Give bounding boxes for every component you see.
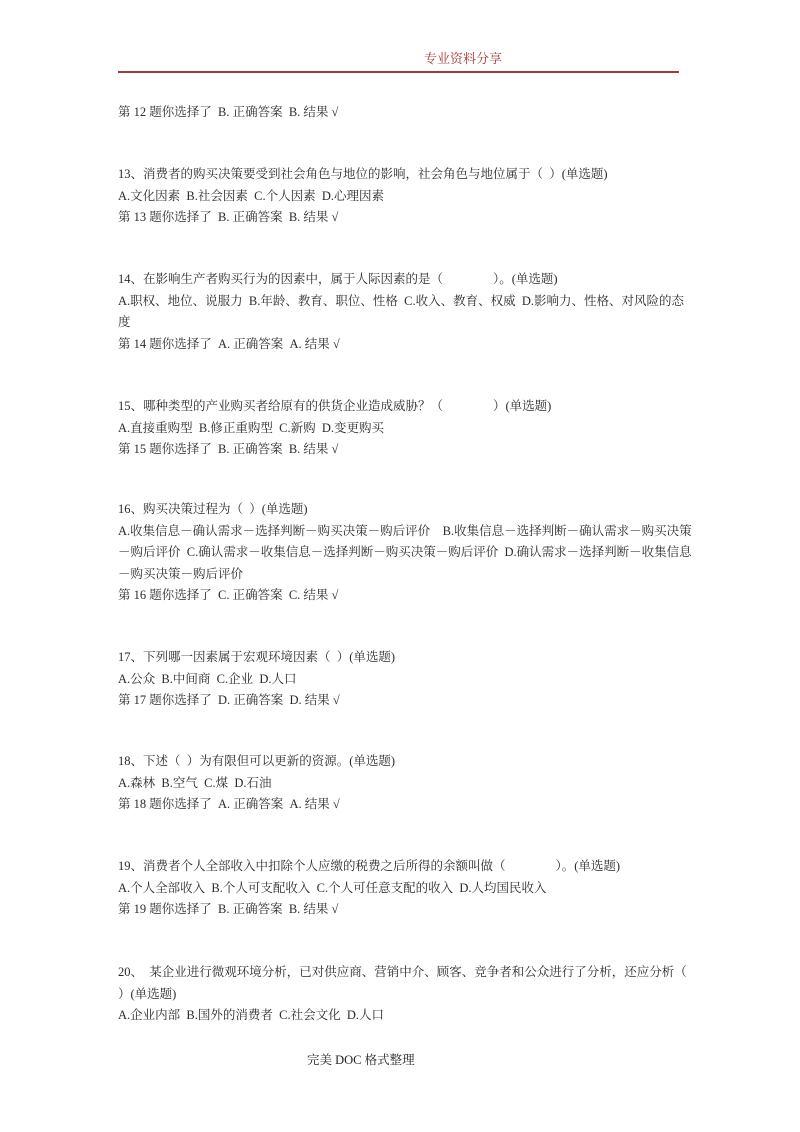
question-block-16: 16、购买决策过程为（ ）(单选题) A.收集信息－确认需求－选择判断－购买决策… <box>118 499 693 607</box>
header-watermark-text: 专业资料分享 <box>424 50 502 68</box>
question-stem: 20、 某企业进行微观环境分析，已对供应商、营销中介、顾客、竞争者和公众进行了分… <box>118 962 693 1005</box>
question-result: 第 18 题你选择了 A. 正确答案 A. 结果 √ <box>118 794 693 816</box>
question-options: A.森林 B.空气 C.煤 D.石油 <box>118 773 693 795</box>
question-block-20: 20、 某企业进行微观环境分析，已对供应商、营销中介、顾客、竞争者和公众进行了分… <box>118 962 693 1027</box>
question-options: A.文化因素 B.社会因素 C.个人因素 D.心理因素 <box>118 186 693 208</box>
question-options: A.直接重购型 B.修正重购型 C.新购 D.变更购买 <box>118 418 693 440</box>
question-stem: 14、在影响生产者购买行为的因素中，属于人际因素的是（ ）。(单选题) <box>118 269 693 291</box>
question-result: 第 17 题你选择了 D. 正确答案 D. 结果 √ <box>118 690 693 712</box>
question-stem: 18、下述（ ）为有限但可以更新的资源。(单选题) <box>118 751 693 773</box>
question-result: 第 19 题你选择了 B. 正确答案 B. 结果 √ <box>118 899 693 921</box>
question-options: A.职权、地位、说服力 B.年龄、教育、职位、性格 C.收入、教育、权威 D.影… <box>118 291 693 334</box>
question-result: 第 15 题你选择了 B. 正确答案 B. 结果 √ <box>118 439 693 461</box>
footer-text: 完美 DOC 格式整理 <box>307 1050 415 1070</box>
question-block-14: 14、在影响生产者购买行为的因素中，属于人际因素的是（ ）。(单选题) A.职权… <box>118 269 693 355</box>
question-block-17: 17、下列哪一因素属于宏观环境因素（ ）(单选题) A.公众 B.中间商 C.企… <box>118 647 693 712</box>
question-block-13: 13、消费者的购买决策要受到社会角色与地位的影响，社会角色与地位属于（ ）(单选… <box>118 164 693 229</box>
question-stem: 19、消费者个人全部收入中扣除个人应缴的税费之后所得的余额叫做（ ）。(单选题) <box>118 856 693 878</box>
question-block-18: 18、下述（ ）为有限但可以更新的资源。(单选题) A.森林 B.空气 C.煤 … <box>118 751 693 816</box>
question-options: A.企业内部 B.国外的消费者 C.社会文化 D.人口 <box>118 1005 693 1027</box>
question-12-result-line: 第 12 题你选择了 B. 正确答案 B. 结果 √ <box>118 102 718 124</box>
question-result: 第 14 题你选择了 A. 正确答案 A. 结果 √ <box>118 334 693 356</box>
question-options: A.收集信息－确认需求－选择判断－购买决策－购后评价 B.收集信息－选择判断－确… <box>118 521 693 586</box>
question-result: 第 16 题你选择了 C. 正确答案 C. 结果 √ <box>118 585 693 607</box>
question-options: A.公众 B.中间商 C.企业 D.人口 <box>118 669 693 691</box>
question-block-19: 19、消费者个人全部收入中扣除个人应缴的税费之后所得的余额叫做（ ）。(单选题)… <box>118 856 693 921</box>
question-stem: 13、消费者的购买决策要受到社会角色与地位的影响，社会角色与地位属于（ ）(单选… <box>118 164 693 186</box>
question-stem: 17、下列哪一因素属于宏观环境因素（ ）(单选题) <box>118 647 693 669</box>
question-stem: 15、哪种类型的产业购买者给原有的供货企业造成威胁？（ ）(单选题) <box>118 396 693 418</box>
document-page: { "header": { "watermark": "专业资料分享" }, "… <box>0 0 800 1132</box>
question-block-15: 15、哪种类型的产业购买者给原有的供货企业造成威胁？（ ）(单选题) A.直接重… <box>118 396 693 461</box>
question-stem: 16、购买决策过程为（ ）(单选题) <box>118 499 693 521</box>
question-result: 第 13 题你选择了 B. 正确答案 B. 结果 √ <box>118 207 693 229</box>
question-options: A.个人全部收入 B.个人可支配收入 C.个人可任意支配的收入 D.人均国民收入 <box>118 878 693 900</box>
header-divider-line <box>118 71 679 73</box>
